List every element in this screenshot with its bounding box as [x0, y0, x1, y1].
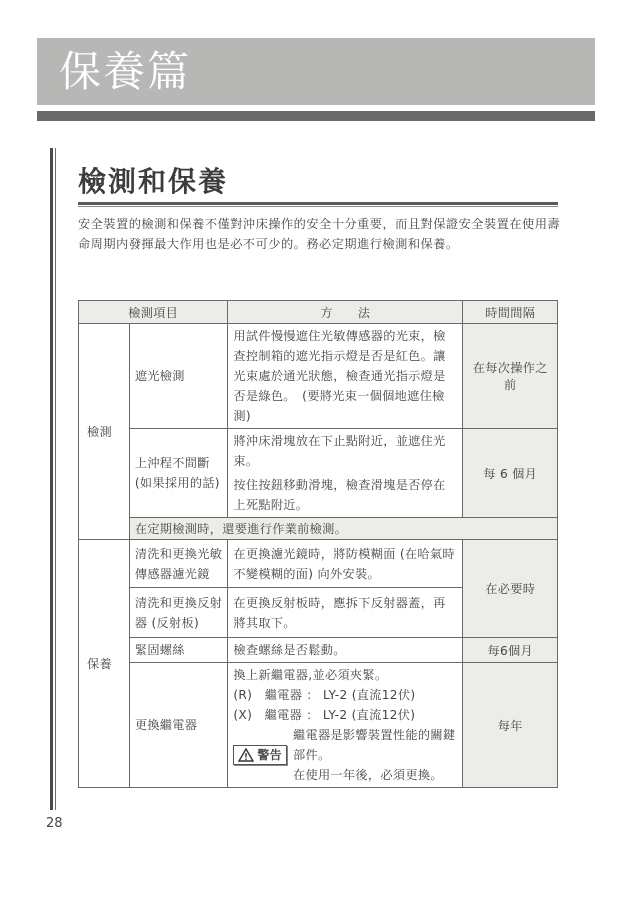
- method-cell: 將沖床滑塊放在下止點附近，並遮住光束。 按住按鈕移動滑塊，檢查滑塊是否停在上死點…: [228, 429, 463, 518]
- header-divider-bar: [37, 111, 595, 121]
- method-line: 按住按鈕移動滑塊，檢查滑塊是否停在上死點附近。: [233, 478, 445, 512]
- chapter-header-band: 保養篇: [37, 38, 595, 105]
- interval-cell: 在必要時: [463, 540, 558, 638]
- margin-rule-thin: [55, 148, 56, 810]
- header-item: 檢測項目: [79, 301, 228, 324]
- note-cell: 在定期檢測時，還要進行作業前檢測。: [129, 518, 557, 540]
- method-line: 將沖床滑塊放在下止點附近，並遮住光束。: [233, 434, 445, 468]
- warning-text: 繼電器是影響裝置性能的關鍵部件。 在使用一年後，必須更換。: [293, 725, 457, 785]
- item-cell: 清洗和更換光敏傳感器濾光鏡: [129, 540, 228, 588]
- warning-triangle-icon: [238, 748, 254, 762]
- group-label-maintenance: 保養: [79, 540, 130, 788]
- header-interval: 時間間隔: [463, 301, 558, 324]
- warning-text-line: 繼電器是影響裝置性能的關鍵部件。: [293, 728, 455, 762]
- table-row: 更換繼電器 換上新繼電器,並必須夾緊。 (R) 繼電器 ： LY-2 (直流12…: [79, 663, 558, 788]
- chapter-title: 保養篇: [59, 46, 191, 98]
- note-row: 在定期檢測時，還要進行作業前檢測。: [79, 518, 558, 540]
- warning-block: 警告 繼電器是影響裝置性能的關鍵部件。 在使用一年後，必須更換。: [233, 725, 457, 785]
- interval-cell: 每年: [463, 663, 558, 788]
- method-line: 換上新繼電器,並必須夾緊。: [233, 665, 457, 685]
- group-label-inspection: 檢測: [79, 324, 130, 540]
- table-row: 上沖程不間斷 (如果採用的話) 將沖床滑塊放在下止點附近，並遮住光束。 按住按鈕…: [79, 429, 558, 518]
- method-cell: 換上新繼電器,並必須夾緊。 (R) 繼電器 ： LY-2 (直流12伏) (X)…: [228, 663, 463, 788]
- warning-badge: 警告: [233, 745, 287, 765]
- item-cell: 緊固螺絲: [129, 638, 228, 663]
- warning-label: 警告: [257, 745, 282, 765]
- item-cell: 遮光檢測: [129, 324, 228, 429]
- item-line: (如果採用的話): [135, 476, 220, 490]
- table-header-row: 檢測項目 方 法 時間間隔: [79, 301, 558, 324]
- method-cell: 在更換濾光鏡時，將防模糊面 (在哈氣時不變模糊的面) 向外安裝。: [228, 540, 463, 588]
- section-underline: [78, 202, 558, 205]
- method-cell: 用試件慢慢遮住光敏傳感器的光束，檢查控制箱的遮光指示燈是否是紅色。讓光束處於通光…: [228, 324, 463, 429]
- table-row: 保養 清洗和更換光敏傳感器濾光鏡 在更換濾光鏡時，將防模糊面 (在哈氣時不變模糊…: [79, 540, 558, 588]
- item-line: 上沖程不間斷: [135, 456, 210, 470]
- item-cell: 上沖程不間斷 (如果採用的話): [129, 429, 228, 518]
- header-method: 方 法: [228, 301, 463, 324]
- margin-rule: [50, 148, 53, 810]
- method-cell: 在更換反射板時，應拆下反射器蓋，再將其取下。: [228, 588, 463, 638]
- interval-cell: 在每次操作之前: [463, 324, 558, 429]
- table-row: 緊固螺絲 檢查螺絲是否鬆動。 每6個月: [79, 638, 558, 663]
- section-underline-thin: [78, 206, 558, 207]
- method-line: (X) 繼電器 ： LY-2 (直流12伏): [233, 705, 457, 725]
- intro-paragraph: 安全裝置的檢測和保養不僅對沖床操作的安全十分重要，而且對保證安全裝置在使用壽命周…: [78, 214, 563, 254]
- method-cell: 檢查螺絲是否鬆動。: [228, 638, 463, 663]
- interval-cell: 每6個月: [463, 638, 558, 663]
- table-row: 檢測 遮光檢測 用試件慢慢遮住光敏傳感器的光束，檢查控制箱的遮光指示燈是否是紅色…: [79, 324, 558, 429]
- maintenance-table: 檢測項目 方 法 時間間隔 檢測 遮光檢測 用試件慢慢遮住光敏傳感器的光束，檢查…: [78, 300, 558, 788]
- page-number: 28: [46, 816, 63, 831]
- method-line: (R) 繼電器 ： LY-2 (直流12伏): [233, 685, 457, 705]
- section-title: 檢測和保養: [78, 160, 228, 200]
- interval-cell: 每 6 個月: [463, 429, 558, 518]
- warning-text-line: 在使用一年後，必須更換。: [293, 768, 443, 782]
- item-cell: 更換繼電器: [129, 663, 228, 788]
- item-cell: 清洗和更換反射器 (反射板): [129, 588, 228, 638]
